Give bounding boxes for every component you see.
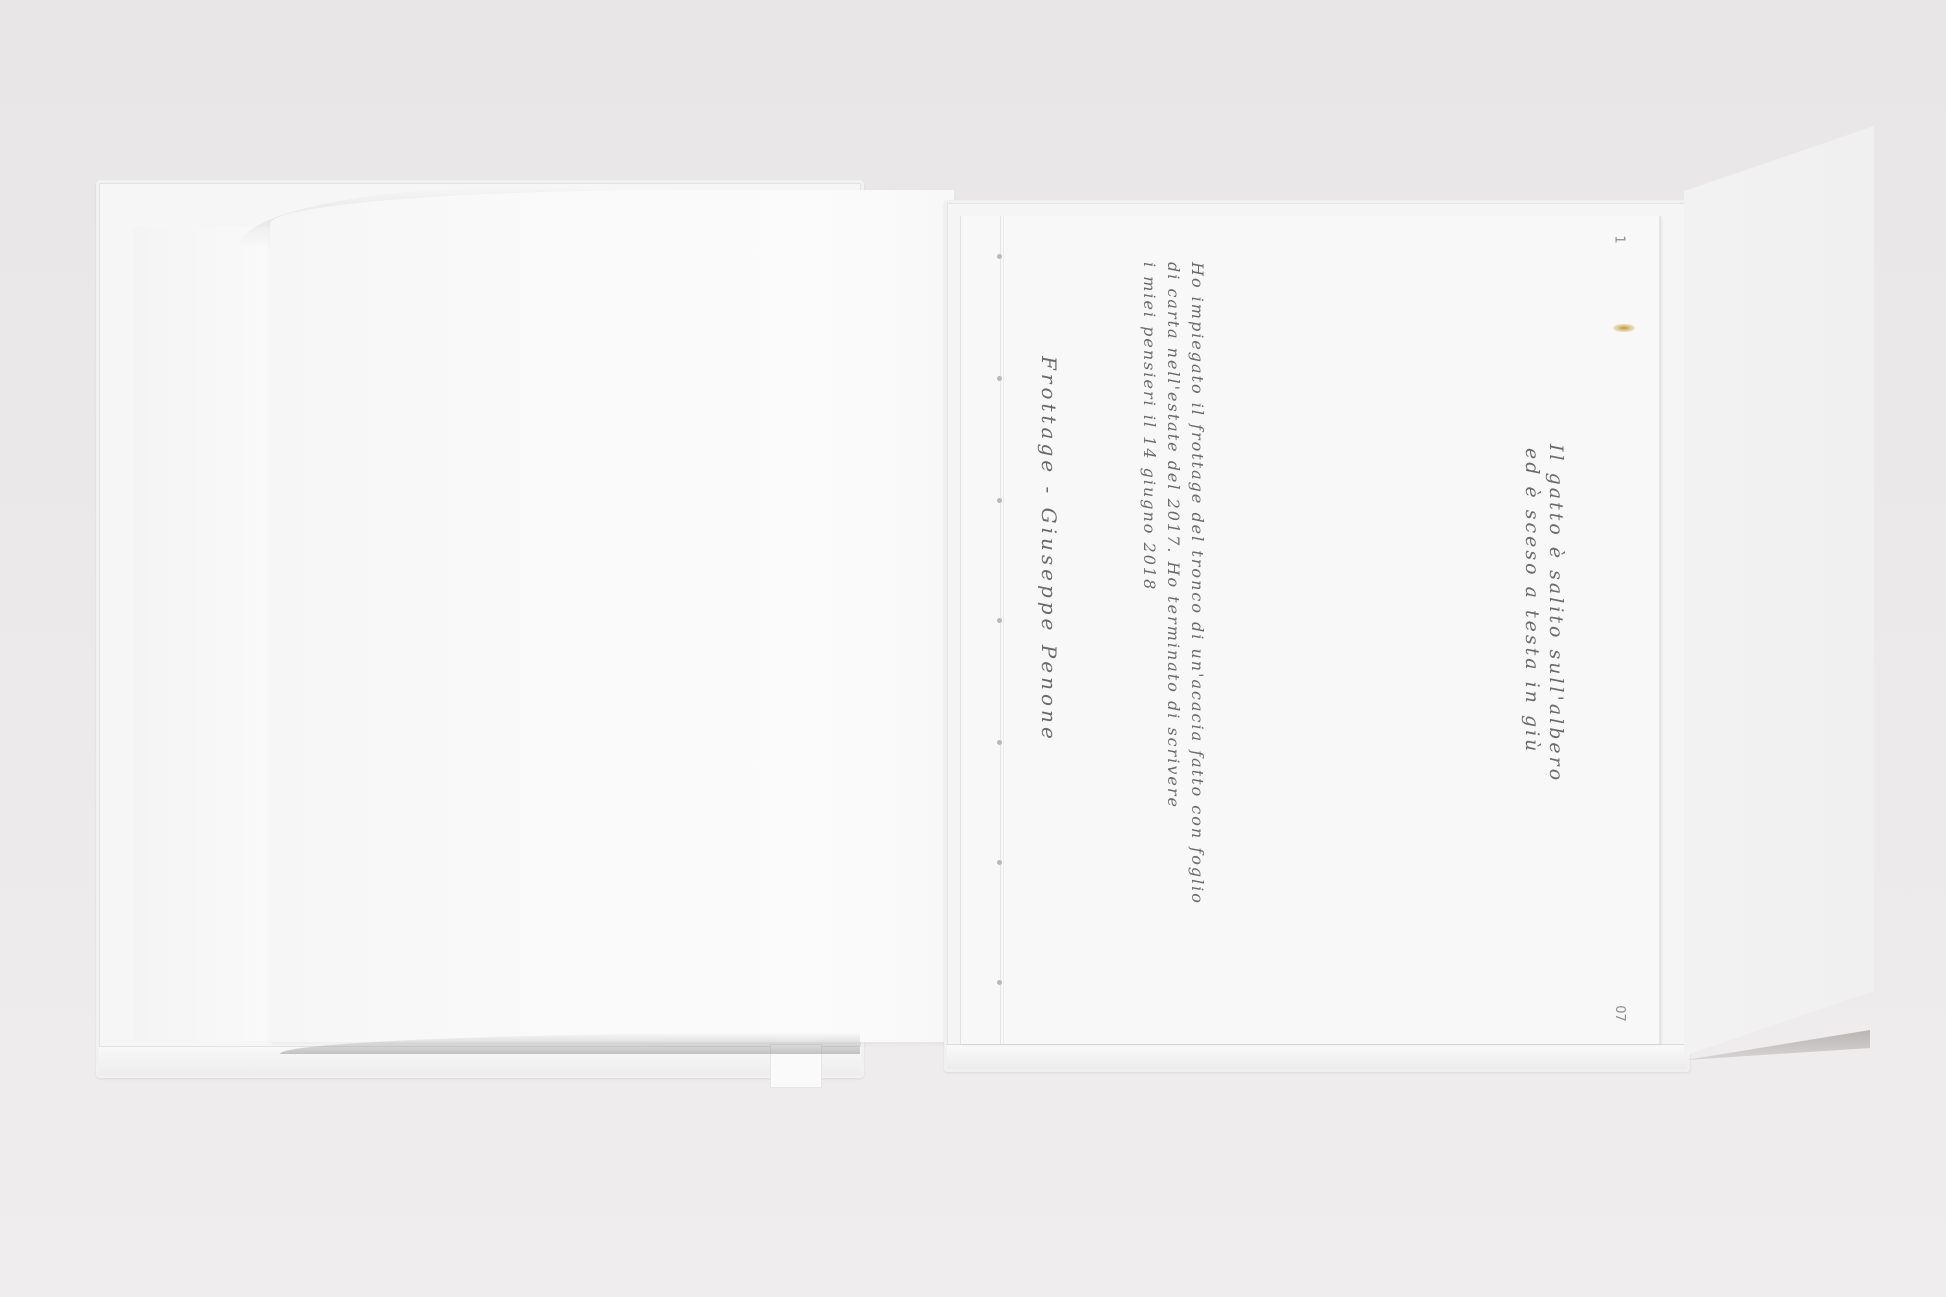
- handwritten-signature: Frottage - Giuseppe Penone: [1037, 356, 1061, 743]
- handwritten-body-line-3: i miei pensieri il 14 giugno 2018: [1140, 262, 1159, 591]
- left-blank-page: [270, 190, 954, 1042]
- handwritten-body-line-1: Ho impiegato il frottage del tronco di u…: [1188, 262, 1207, 905]
- rust-stain: [1613, 324, 1635, 332]
- page-number-top: 1: [1612, 235, 1627, 243]
- handwritten-title-line-2: ed è sceso a testa in giù: [1521, 448, 1543, 754]
- handwritten-body-line-2: di carta nell'estate del 2017. Ho termin…: [1164, 262, 1183, 809]
- right-box-flap: [1684, 126, 1874, 1056]
- handwritten-title-line-1: Il gatto è salito sull'albero: [1545, 444, 1567, 783]
- photo-scene: 1 07 Il gatto è salito sull'albero ed è …: [0, 0, 1946, 1297]
- stitch-hole: [997, 376, 1002, 381]
- stab-binding: [961, 216, 1004, 1044]
- stitch-hole: [997, 498, 1002, 503]
- page-number-bottom: 07: [1612, 1005, 1627, 1022]
- stitch-hole: [997, 254, 1002, 259]
- stitch-hole: [997, 740, 1002, 745]
- handwritten-page: 1 07 Il gatto è salito sull'albero ed è …: [960, 216, 1661, 1044]
- stitch-hole: [997, 860, 1002, 865]
- stitch-hole: [997, 618, 1002, 623]
- stitch-hole: [997, 980, 1002, 985]
- right-box-bottom-rail: [947, 1044, 1687, 1069]
- binding-thread: [1000, 216, 1001, 1044]
